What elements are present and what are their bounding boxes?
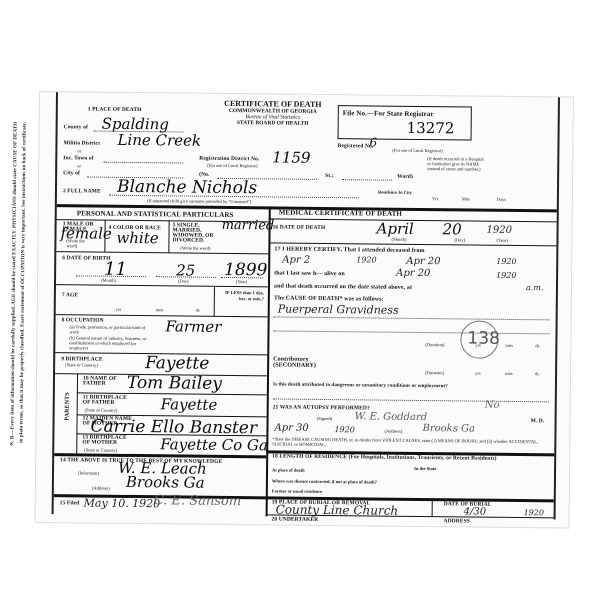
duration-ds: ds (535, 371, 539, 376)
undertaker-address-label: ADDRESS (443, 518, 469, 524)
occupation-value: Farmer (165, 317, 221, 336)
city-label: City of (63, 170, 80, 176)
occupation-label: 8 OCCUPATION (62, 317, 104, 323)
hospital-note: (If death occurred in a Hospital or Inst… (427, 156, 487, 172)
file-no-label: File No.—For State Registrar (343, 109, 434, 118)
death-certificate: N. B.—Every item of information should b… (35, 92, 572, 528)
duration-label: (Duration) (425, 342, 444, 347)
certify-label: 17 I HEREBY CERTIFY, That I attended dec… (274, 246, 424, 254)
autopsy-value: No (485, 400, 500, 411)
informant-label: (Informant) (78, 470, 99, 475)
certificate-frame: 1 PLACE OF DEATH CERTIFICATE OF DEATH CO… (52, 92, 560, 519)
attended-to: Apr 20 (406, 256, 440, 267)
month-note: (Month) (101, 278, 116, 283)
father-name-label: 10 NAME OF FATHER (83, 376, 123, 386)
in-state-label: In the State (414, 466, 444, 471)
state-note: *State the DISEASE CAUSING DEATH, or, in… (272, 436, 552, 449)
cause-value: Puerperal Gravidness (278, 303, 399, 317)
full-name-value: Blanche Nichols (117, 177, 257, 198)
contributory-label: Contributory (SECONDARY) (273, 356, 313, 368)
age-mos: mos (156, 307, 164, 312)
color-value: white (116, 229, 158, 247)
day-note: (Day) (178, 278, 189, 283)
at-place-label: At place of death (272, 467, 306, 472)
marital-note: (Write the word) (180, 245, 210, 250)
birthplace-value: Fayette (145, 353, 209, 374)
side-note-line1: N. B.—Every item of information should b… (10, 122, 19, 446)
side-note-line2: in plain terms, so that it may be proper… (19, 122, 28, 443)
parents-label: PARENTS (65, 392, 71, 420)
father-birthplace-note: (State or Country) (85, 407, 118, 412)
file-no-value: 13272 (407, 119, 455, 137)
duration-mos: mos (505, 371, 513, 376)
duration-label: (Duration) (425, 370, 444, 375)
or-label: or (77, 163, 81, 168)
divider (104, 220, 105, 252)
signed-year: 1920 (334, 425, 354, 434)
year-note: (Year) (236, 279, 247, 284)
burial-year-value: 1920 (524, 508, 544, 517)
cause-line (274, 316, 550, 320)
divider (268, 242, 556, 246)
dangerous-label: Is this death attributed to dangerous or… (273, 382, 448, 389)
occupation-a-label: (a) Trade, profession, or particular kin… (69, 324, 149, 335)
divider (214, 286, 215, 316)
residence-yrs: Yrs (432, 196, 439, 201)
day-note: (Day) (454, 237, 465, 242)
registrar-signature: C. E. Sansom (154, 493, 242, 509)
place-of-death-label: 1 PLACE OF DEATH (88, 107, 142, 114)
dob-year-value: 1899 (224, 260, 267, 280)
attended-to-year: 1920 (496, 257, 516, 266)
registration-label: Registration District No. (199, 156, 259, 163)
inc-town-label: Inc. Town of (63, 155, 93, 161)
full-name-note: (If unnamed child give surname preceded … (147, 198, 251, 204)
father-name-value: Tom Bailey (127, 373, 222, 394)
where-contracted-label: Where was disease contracted, if not at … (272, 478, 402, 484)
death-occurred-label: and that death occurred on the date stat… (274, 283, 412, 290)
duration-ds: ds (535, 343, 539, 348)
inc-town-line (103, 162, 183, 164)
death-time: a.m. (526, 283, 544, 292)
ward-line (342, 179, 392, 181)
father-birthplace-label: 11 BIRTHPLACE OF FATHER (83, 395, 133, 406)
divider (432, 498, 433, 516)
signed-date: Apr 30 (274, 422, 308, 433)
father-birthplace-value: Fayette (161, 395, 218, 414)
birthplace-note: (State or Country) (65, 362, 98, 367)
divider (56, 251, 268, 254)
attended-from-year: 1920 (356, 255, 376, 264)
former-residence-label: Former or usual residence (272, 488, 332, 494)
date-of-death-label: 16 DATE OF DEATH (273, 224, 326, 231)
last-saw-value: Apr 20 (396, 268, 430, 279)
filed-date: May 10. 1920 (84, 496, 161, 510)
duration-yrs: yrs (475, 371, 481, 376)
registered-no-value: 6 (369, 135, 377, 149)
registered-no-note: (For use of Local Registrar) (392, 148, 442, 154)
signed-label: (Signed) (317, 416, 333, 421)
personal-header: PERSONAL AND STATISTICAL PARTICULARS (77, 209, 234, 219)
marital-label: 5 SINGLE, MARRIED, WIDOWED, OR DIVORCED. (172, 223, 216, 243)
divider (56, 284, 268, 287)
date-of-death-day: 20 (442, 220, 461, 238)
cause-label: The CAUSE OF DEATH* was as follows: (274, 295, 384, 302)
year-note: (Year) (496, 238, 507, 243)
registration-note: (For use of Local Registrar) (207, 163, 257, 169)
age-ds: ds (196, 308, 200, 313)
last-saw-label: that I last saw h— alive on (274, 270, 345, 277)
or-label: or (77, 148, 81, 153)
duration-mos: mos (505, 343, 513, 348)
md-label: M. D. (531, 418, 545, 424)
month-note: (Month) (391, 237, 406, 242)
certificate-board: STATE BOARD OF HEALTH (198, 120, 348, 128)
mother-birthplace-label: 13 BIRTHPLACE OF MOTHER (82, 435, 132, 446)
cause-line (274, 330, 550, 334)
duration-yrs: yrs (475, 343, 481, 348)
file-number-box: File No.—For State Registrar 13272 (338, 105, 472, 140)
militia-label: Militia District (63, 140, 100, 146)
side-instructions: N. B.—Every item of information should b… (7, 102, 35, 522)
age-yrs: yrs (116, 307, 122, 312)
filed-label: 15 Filed (60, 500, 80, 506)
registered-no-label: Registered No. (337, 143, 373, 149)
stamp-number: 138 (467, 328, 500, 348)
registration-no-value: 1159 (272, 148, 310, 166)
informant-address-value: Brooks Ga (126, 473, 205, 492)
undertaker-label: 20 UNDERTAKER (272, 516, 319, 522)
mother-birthplace-note: (State or Country) (84, 447, 117, 452)
certificate-header: CERTIFICATE OF DEATH COMMONWEALTH OF GEO… (198, 99, 348, 128)
militia-value: Line Creek (117, 131, 201, 150)
residence-label: Residence In City (375, 190, 415, 195)
if-less-label: IF LESS than 1 day, hrs. or min.? (220, 290, 264, 302)
attended-from: Apr 2 (282, 255, 310, 266)
ward-label: Ward) (397, 174, 413, 180)
medical-address-value: Brooks Ga (422, 423, 475, 435)
last-saw-year: 1920 (496, 271, 516, 280)
medical-address-label: (Address) (384, 429, 402, 434)
dob-day-value: 25 (176, 261, 195, 279)
medical-header: MEDICAL CERTIFICATE OF DEATH (279, 209, 402, 218)
age-label: 7 AGE (62, 292, 78, 298)
divider (168, 220, 169, 252)
marital-value: married (222, 218, 275, 234)
informant-address-label: (Address) (92, 486, 110, 491)
occupation-b-label: (b) General nature of industry, business… (69, 335, 153, 351)
mother-birthplace-value: Fayette Co Ga (160, 435, 268, 454)
dangerous-line (273, 398, 549, 402)
county-label: County of (64, 124, 88, 130)
signed-value: W. E. Goddard (355, 411, 428, 423)
residence-days: Days (497, 197, 506, 202)
date-of-death-month: April (376, 220, 413, 238)
date-of-death-year: 1920 (487, 225, 513, 236)
residence-mos: Mos (462, 196, 470, 201)
st-label: St.; (325, 173, 334, 179)
full-name-label: 2 FULL NAME (63, 188, 101, 194)
